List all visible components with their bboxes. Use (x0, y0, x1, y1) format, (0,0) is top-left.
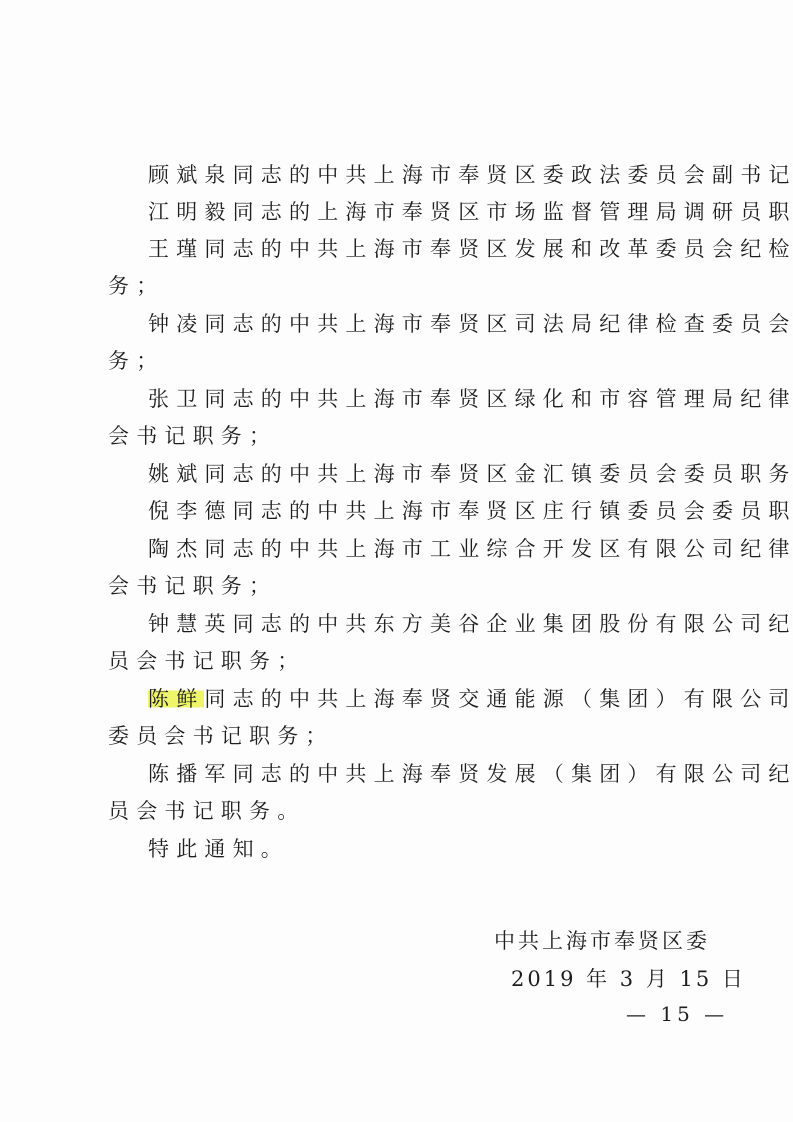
document-page: 顾斌泉同志的中共上海市奉贤区委政法委员会副书记职务； 江明毅同志的上海市奉贤区市… (0, 0, 793, 1122)
item-line: 倪李德同志的中共上海市奉贤区庄行镇委员会委员职务； (148, 496, 748, 526)
closing-text: 特此通知。 (148, 834, 748, 864)
item-line: 顾斌泉同志的中共上海市奉贤区委政法委员会副书记职务； (148, 160, 748, 190)
highlighted-name: 陈鲜 (148, 687, 204, 711)
item-line: 陶杰同志的中共上海市工业综合开发区有限公司纪律检查委员 (148, 534, 748, 564)
signature-date: 2019 年 3 月 15 日 (511, 964, 746, 994)
item-line: 王瑾同志的中共上海市奉贤区发展和改革委员会纪检组组长职 (148, 234, 748, 264)
page-number: — 15 — (626, 1000, 728, 1028)
item-line-wrap: 会书记职务； (108, 421, 708, 451)
item-line-wrap: 员会书记职务； (108, 646, 708, 676)
item-line: 钟慧英同志的中共东方美谷企业集团股份有限公司纪律检查委 (148, 609, 748, 639)
item-line: 陈播军同志的中共上海奉贤发展（集团）有限公司纪律检查委 (148, 759, 748, 789)
item-line-wrap: 委员会书记职务； (108, 721, 708, 751)
item-line-wrap: 务； (108, 271, 708, 301)
item-line: 姚斌同志的中共上海市奉贤区金汇镇委员会委员职务； (148, 459, 748, 489)
item-line-wrap: 会书记职务； (108, 571, 708, 601)
item-line-wrap: 员会书记职务。 (108, 796, 708, 826)
signature-organization: 中共上海市奉贤区委 (494, 926, 710, 956)
item-line: 江明毅同志的上海市奉贤区市场监督管理局调研员职务； (148, 197, 748, 227)
item-line-text: 同志的中共上海奉贤交通能源（集团）有限公司纪律检查 (204, 687, 793, 711)
item-line: 张卫同志的中共上海市奉贤区绿化和市容管理局纪律检查委员 (148, 384, 748, 414)
item-line: 钟凌同志的中共上海市奉贤区司法局纪律检查委员会书记职 (148, 309, 748, 339)
item-line: 陈鲜同志的中共上海奉贤交通能源（集团）有限公司纪律检查 (148, 684, 748, 714)
item-line-wrap: 务； (108, 346, 708, 376)
